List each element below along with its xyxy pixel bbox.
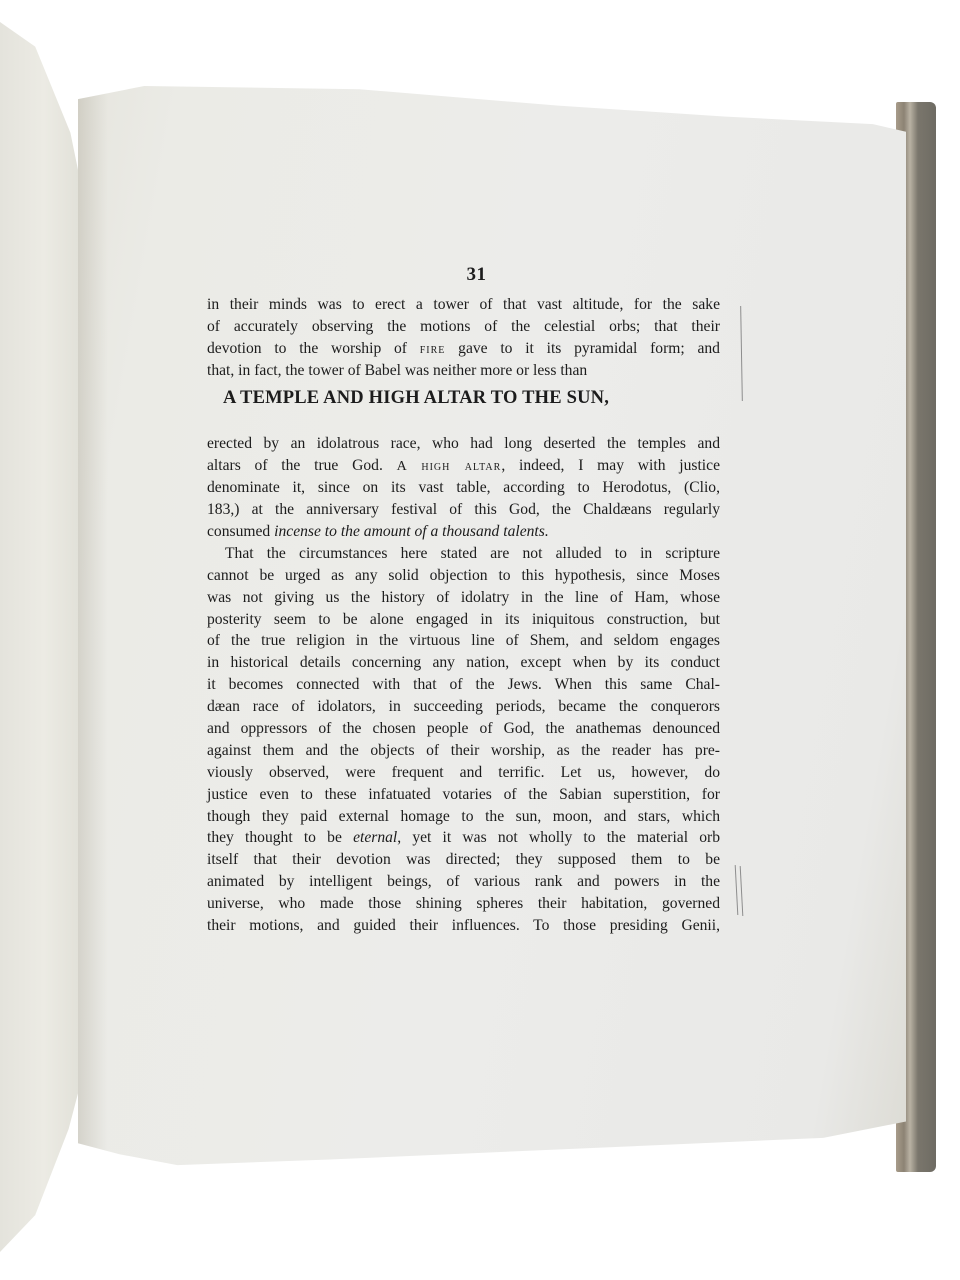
text-line: denominate it, since on its vast table, … — [207, 477, 720, 499]
text-line: posterity seem to be alone engaged in it… — [207, 609, 720, 631]
text-line: altars of the true God. A high altar, in… — [207, 455, 720, 477]
text-line: in their minds was to erect a tower of t… — [207, 294, 720, 316]
text-line: That the circumstances here stated are n… — [207, 543, 720, 565]
text-line: devotion to the worship of fire gave to … — [207, 338, 720, 360]
italic-phrase: incense to the amount of a thousand tale… — [274, 523, 549, 540]
text-line: that, in fact, the tower of Babel was ne… — [207, 360, 720, 382]
text-line: their motions, and guided their influenc… — [207, 915, 720, 937]
text-line: of the true religion in the virtuous lin… — [207, 630, 720, 652]
section-heading: A TEMPLE AND HIGH ALTAR TO THE SUN, — [223, 388, 720, 410]
text-line: in historical details concerning any nat… — [207, 652, 720, 674]
text-span: consumed — [207, 523, 270, 540]
text-line: 183,) at the anniversary festival of thi… — [207, 499, 720, 521]
small-caps-word: fire — [420, 342, 446, 357]
text-line: universe, who made those shining spheres… — [207, 893, 720, 915]
text-line: consumed incense to the amount of a thou… — [207, 521, 720, 543]
page-text-block: 31 in their minds was to erect a tower o… — [207, 264, 720, 937]
text-span: , indeed, I may with justice — [501, 457, 720, 474]
text-line: and oppressors of the chosen people of G… — [207, 718, 720, 740]
text-span: gave to it its pyramidal form; and — [458, 340, 720, 357]
text-line: they thought to be eternal, yet it was n… — [207, 827, 720, 849]
text-line: was not giving us the history of idolatr… — [207, 587, 720, 609]
text-line: itself that their devotion was directed;… — [207, 849, 720, 871]
italic-word: eternal — [353, 829, 397, 846]
text-line: cannot be urged as any solid objection t… — [207, 565, 720, 587]
paragraph-1: in their minds was to erect a tower of t… — [207, 294, 720, 382]
text-span: , yet it was not wholly to the material … — [397, 829, 720, 846]
text-line: though they paid external homage to the … — [207, 806, 720, 828]
paragraph-3: That the circumstances here stated are n… — [207, 543, 720, 937]
text-line: viously observed, were frequent and terr… — [207, 762, 720, 784]
paragraph-2: erected by an idolatrous race, who had l… — [207, 433, 720, 542]
small-caps-phrase: A high altar — [397, 459, 502, 474]
text-line: of accurately observing the motions of t… — [207, 316, 720, 338]
text-line: dæan race of idolators, in succeeding pe… — [207, 696, 720, 718]
text-line: against them and the objects of their wo… — [207, 740, 720, 762]
left-page-edge — [0, 22, 88, 1252]
text-span: they thought to be — [207, 829, 342, 846]
page-number: 31 — [233, 264, 720, 286]
text-line: justice even to these infatuated votarie… — [207, 784, 720, 806]
text-line: animated by intelligent beings, of vario… — [207, 871, 720, 893]
text-span: devotion to the worship of — [207, 340, 407, 357]
text-line: it becomes connected with that of the Je… — [207, 674, 720, 696]
text-span: altars of the true God. — [207, 457, 383, 474]
text-line: erected by an idolatrous race, who had l… — [207, 433, 720, 455]
